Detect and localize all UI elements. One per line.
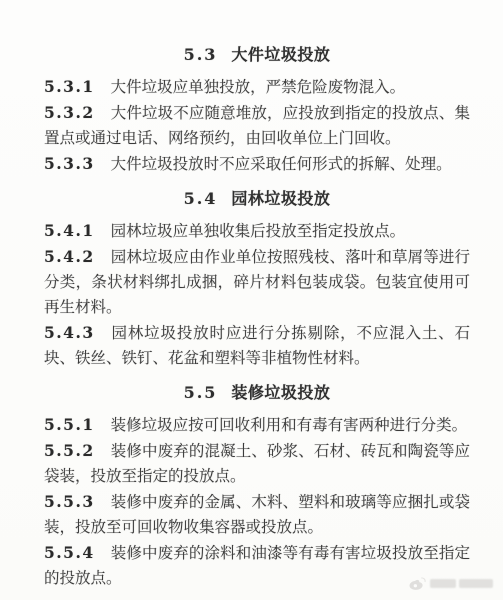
document-page: 5.3大件垃圾投放 5.3.1大件垃圾应单独投放，严禁危险废物混入。 5.3.2…	[0, 0, 503, 600]
clause-number: 5.3.1	[44, 77, 95, 96]
section-number: 5.5	[184, 383, 218, 402]
clause-number: 5.5.2	[44, 441, 95, 460]
clause: 5.5.3装修中废弃的金属、木料、塑料和玻璃等应捆扎或袋装，投放至可回收物收集容…	[44, 489, 470, 540]
clause-number: 5.4.3	[44, 323, 95, 342]
section-number: 5.3	[184, 45, 218, 64]
section-5-5: 5.5装修垃圾投放 5.5.1装修垃圾应按可回收利用和有毒有害两种进行分类。 5…	[44, 380, 470, 591]
clause-text: 装修中废弃的金属、木料、塑料和玻璃等应捆扎或袋装，投放至可回收物收集容器或投放点…	[44, 493, 470, 536]
clause-text: 大件垃圾不应随意堆放，应投放到指定的投放点、集置点或通过电话、网络预约，由回收单…	[44, 104, 470, 147]
section-5-3: 5.3大件垃圾投放 5.3.1大件垃圾应单独投放，严禁危险废物混入。 5.3.2…	[44, 42, 470, 177]
section-title: 装修垃圾投放	[231, 383, 330, 402]
clause: 5.5.4装修中废弃的涂料和油漆等有毒有害垃圾投放至指定的投放点。	[44, 540, 470, 591]
clause-text: 园林垃圾应单独收集后投放至指定投放点。	[111, 222, 406, 240]
section-title: 园林垃圾投放	[231, 189, 330, 208]
clause-number: 5.4.2	[44, 247, 95, 266]
clause-number: 5.3.2	[44, 103, 95, 122]
clause: 5.3.3大件垃圾投放时不应采取任何形式的拆解、处理。	[44, 151, 470, 177]
clause: 5.5.2装修中废弃的混凝土、砂浆、石材、砖瓦和陶瓷等应袋装，投放至指定的投放点…	[44, 438, 470, 489]
section-heading: 5.5装修垃圾投放	[44, 380, 470, 406]
clause-number: 5.3.3	[44, 154, 95, 173]
clause: 5.5.1装修垃圾应按可回收利用和有毒有害两种进行分类。	[44, 412, 470, 438]
section-heading: 5.3大件垃圾投放	[44, 42, 470, 68]
section-title: 大件垃圾投放	[231, 45, 330, 64]
clause: 5.3.2大件垃圾不应随意堆放，应投放到指定的投放点、集置点或通过电话、网络预约…	[44, 100, 470, 151]
watermark	[408, 576, 493, 591]
clause-number: 5.5.4	[44, 543, 95, 562]
clause-text: 装修中废弃的混凝土、砂浆、石材、砖瓦和陶瓷等应袋装，投放至指定的投放点。	[44, 442, 470, 485]
section-5-4: 5.4园林垃圾投放 5.4.1园林垃圾应单独收集后投放至指定投放点。 5.4.2…	[44, 186, 470, 371]
clause: 5.4.2园林垃圾应由作业单位按照残枝、落叶和草屑等进行分类，条状材料绑扎成捆，…	[44, 244, 470, 320]
clause-text: 大件垃圾投放时不应采取任何形式的拆解、处理。	[111, 155, 452, 173]
clause-number: 5.5.1	[44, 415, 95, 434]
section-number: 5.4	[184, 189, 218, 208]
clause-number: 5.5.3	[44, 492, 95, 511]
clause: 5.4.1园林垃圾应单独收集后投放至指定投放点。	[44, 218, 470, 244]
watermark-blurred-text	[430, 579, 493, 588]
clause-text: 园林垃圾投放时应进行分拣剔除，不应混入土、石块、铁丝、铁钉、花盆和塑料等非植物性…	[44, 324, 470, 367]
clause-text: 大件垃圾应单独投放，严禁危险废物混入。	[111, 78, 406, 96]
clause-number: 5.4.1	[44, 221, 95, 240]
section-heading: 5.4园林垃圾投放	[44, 186, 470, 212]
clause-text: 装修中废弃的涂料和油漆等有毒有害垃圾投放至指定的投放点。	[44, 544, 470, 587]
clause: 5.3.1大件垃圾应单独投放，严禁危险废物混入。	[44, 74, 470, 100]
weibo-watermark-icon	[408, 576, 426, 591]
clause-text: 装修垃圾应按可回收利用和有毒有害两种进行分类。	[111, 416, 468, 434]
clause: 5.4.3园林垃圾投放时应进行分拣剔除，不应混入土、石块、铁丝、铁钉、花盆和塑料…	[44, 320, 470, 371]
clause-text: 园林垃圾应由作业单位按照残枝、落叶和草屑等进行分类，条状材料绑扎成捆，碎片材料包…	[44, 248, 470, 316]
